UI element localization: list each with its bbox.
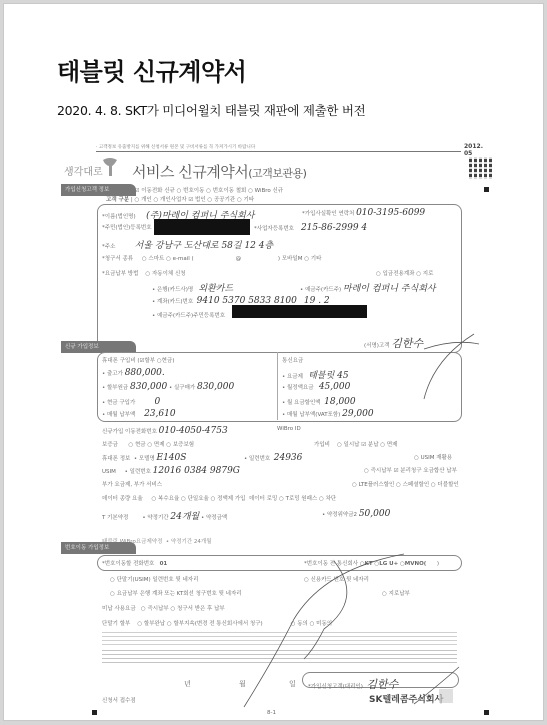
qr-code-icon (469, 157, 493, 179)
reg-label: *주민(법인)등록번호 (102, 223, 152, 231)
address-value: 서울 강남구 도산대로 58길 12 4층 (135, 241, 274, 251)
registration-mark (484, 710, 489, 715)
brand-slogan: 생각대로 (64, 163, 103, 178)
registration-mark (92, 710, 97, 715)
form-version: 2012. 05 (464, 143, 492, 157)
signature-strokes-icon (174, 329, 484, 709)
page-title: 태블릿 신규계약서 (57, 52, 246, 87)
document-page: 태블릿 신규계약서 2020. 4. 8. SKT가 미디어윌치 태블릿 재판에… (3, 3, 544, 721)
biz-number-value: 215-86-2999 4 (301, 223, 367, 233)
redacted-block (232, 305, 367, 318)
device-monthly-value: 23,610 (144, 409, 176, 419)
depositor-value: 마레이 컴퍼니 주식회사 (343, 284, 436, 294)
bank-value: 외환카드 (198, 284, 233, 294)
factory-price-value: 880,000. (125, 368, 165, 378)
depositor-id-label: • 예금주(카드주)주민등록번호 (152, 311, 225, 319)
contact-value: 010-3195-6099 (356, 208, 425, 218)
customer-type-row: 고객 구분 | ○ 개인 ○ 개인사업자 ☑ 법인 ○ 공공기관 ○ 기타 (106, 195, 254, 203)
redacted-block (154, 219, 250, 235)
scanned-contract-form: · 고객정보 유출방지를 위해 신청서류 원본 및 구비서류를 꼭 가져가시기 … (64, 139, 492, 719)
form-title: 서비스 신규계약서(고객보관용) (132, 161, 306, 182)
registration-mark (484, 187, 489, 192)
sk-telecom-logo-icon (102, 157, 118, 177)
section-subscriber: 가입신청고객 정보 (61, 184, 136, 196)
section-number-port: 번호이동 가입정보 (61, 542, 136, 554)
form-notice: · 고객정보 유출방지를 위해 신청서류 원본 및 구비서류를 꼭 가져가시기 … (96, 144, 461, 152)
page-subtitle: 2020. 4. 8. SKT가 미디어윌치 태블릿 재판에 제출한 버전 (57, 101, 365, 119)
